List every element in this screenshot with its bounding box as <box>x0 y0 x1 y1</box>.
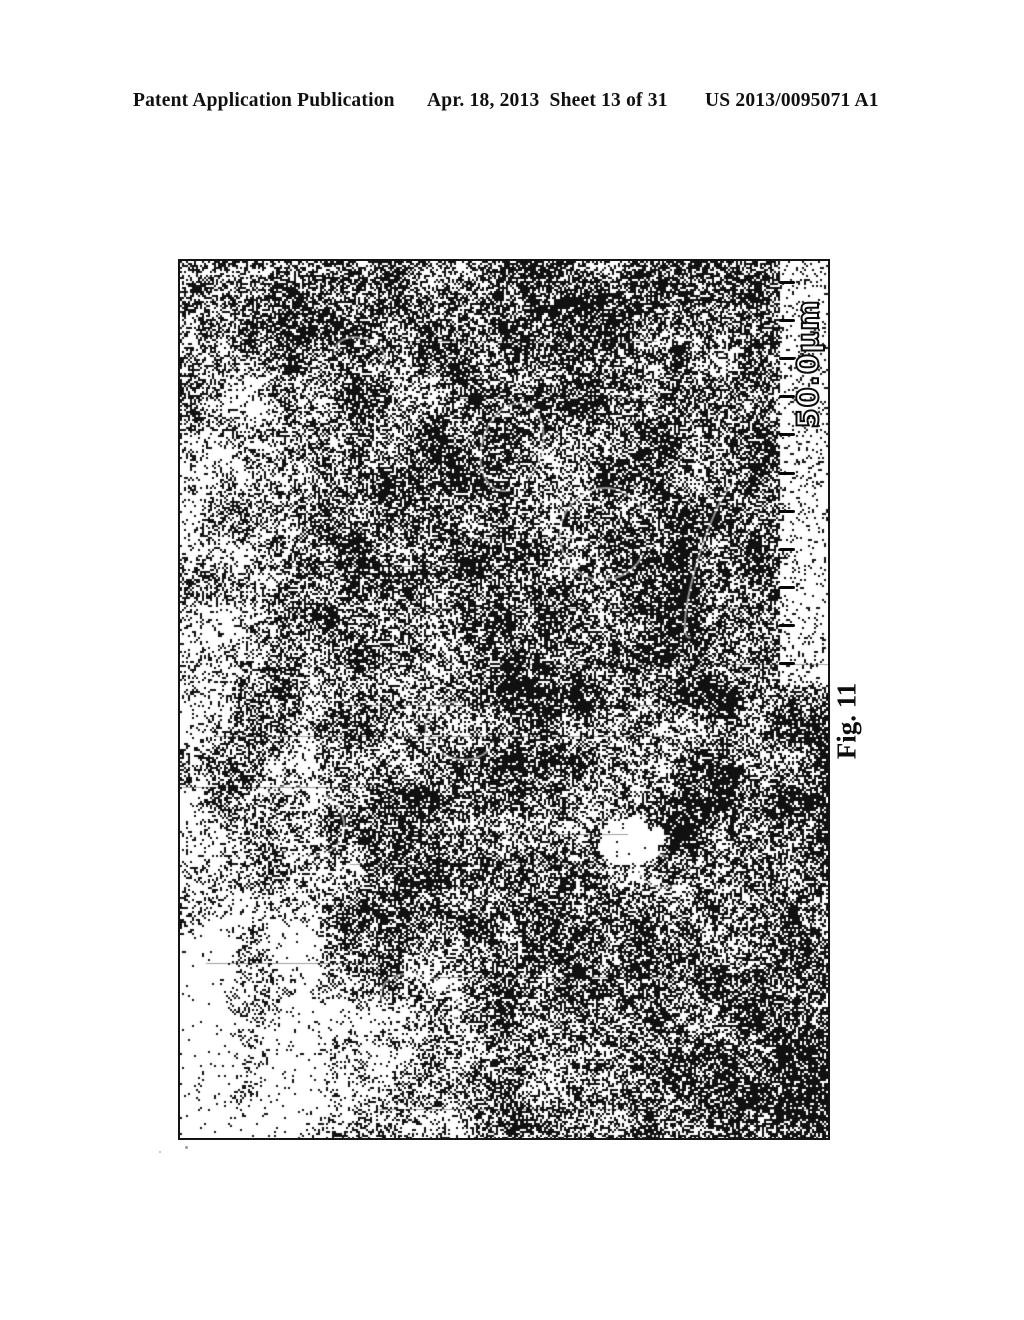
figure-micrograph: 50.0µm <box>178 259 830 1140</box>
patent-page: Patent Application Publication Apr. 18, … <box>0 0 1024 1320</box>
scale-label: 50.0µm <box>791 299 825 428</box>
scale-tick <box>779 281 795 284</box>
micrograph-image <box>180 261 828 1138</box>
scale-tick <box>779 472 795 475</box>
figure-label: Fig. 11 <box>832 683 863 760</box>
scale-bar: 50.0µm <box>779 261 828 682</box>
page-speck <box>185 1146 188 1149</box>
header-date-sheet: Apr. 18, 2013 Sheet 13 of 31 <box>427 90 668 112</box>
scale-tick <box>779 510 795 513</box>
scale-tick <box>779 586 795 589</box>
header-publication-type: Patent Application Publication <box>133 90 395 112</box>
page-speck <box>159 1151 161 1153</box>
scale-tick <box>779 624 795 627</box>
scale-tick <box>779 433 795 436</box>
scale-tick <box>779 548 795 551</box>
scale-tick <box>779 662 795 665</box>
header-document-number: US 2013/0095071 A1 <box>705 90 879 112</box>
